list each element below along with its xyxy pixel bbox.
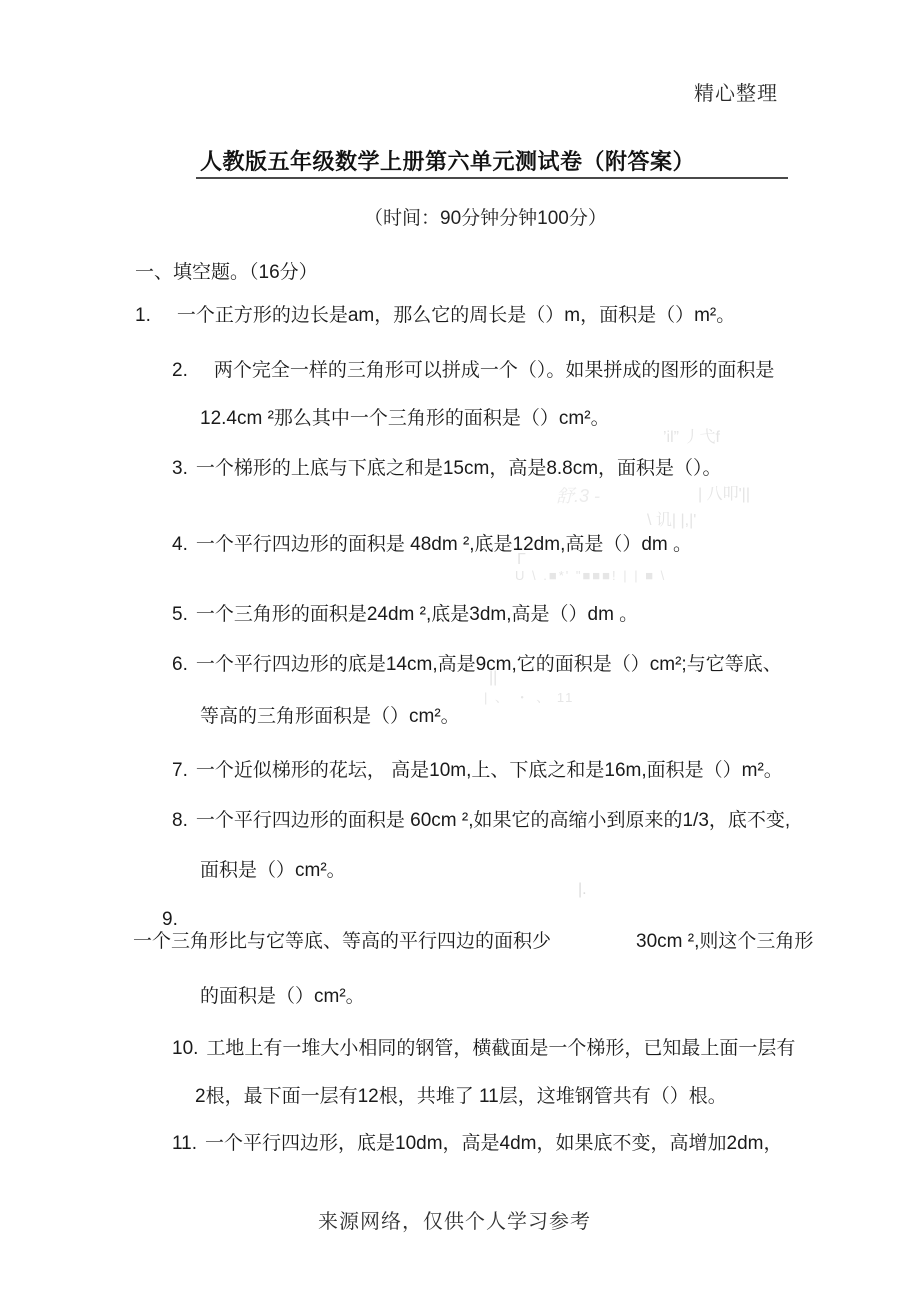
question-6-number: 6. [172,653,188,677]
question-3: 3.一个梯形的上底与下底之和是15cm，高是8.8cm，面积是（）。 [172,457,722,481]
question-9-line-2: 的面积是（）cm²。 [200,985,365,1009]
question-9-text-1a: 一个三角形比与它等底、等高的平行四边的面积少 [133,931,551,952]
question-10-line-2: 2根，最下面一层有12根，共堆了 11层，这堆钢管共有（）根。 [195,1085,727,1109]
question-8-text-1: 一个平行四边形的面积是 60cm ²,如果它的高缩小到原来的1/3，底不变, [196,810,790,831]
question-2-line-1: 2.两个完全一样的三角形可以拼成一个（）。如果拼成的图形的面积是 [172,359,774,383]
scan-artifact-3: | 八叩'|| [698,481,750,504]
question-5: 5.一个三角形的面积是24dm ²,底是3dm,高是（）dm 。 [172,603,638,627]
question-9-text-1b: 30cm ²,则这个三角形 [636,931,813,952]
title-underline [196,177,788,179]
document-page: 精心整理 人教版五年级数学上册第六单元测试卷（附答案） （时间：90分钟分钟10… [0,0,920,1303]
page-title: 人教版五年级数学上册第六单元测试卷（附答案） [200,145,695,176]
question-6-line-1: 6.一个平行四边形的底是14cm,高是9cm,它的面积是（）cm²;与它等底、 [172,653,782,677]
question-11-number: 11. [172,1132,197,1156]
question-6-text-2: 等高的三角形面积是（）cm²。 [200,706,460,727]
scan-artifact-1: ’il” 丿弋f [663,424,720,447]
question-2-line-2: 12.4cm ²那么其中一个三角形的面积是（）cm²。 [200,407,610,431]
question-9-text-2: 的面积是（）cm²。 [200,986,365,1007]
scan-artifact-8: | 、 ・ 、 11 [484,687,574,706]
scan-artifact-6: U \ .■*' "■■■! | | ■ \ [515,568,666,583]
question-1: 1.一个正方形的边长是am，那么它的周长是（）m，面积是（）m²。 [135,304,735,328]
question-11: 11.一个平行四边形，底是10dm，高是4dm，如果底不变，高增加2dm， [172,1132,782,1156]
question-9-number: 9. [162,909,178,930]
question-4: 4.一个平行四边形的面积是 48dm ²,底是12dm,高是（）dm 。 [172,533,692,557]
question-8-number: 8. [172,809,188,833]
question-2-text-1: 两个完全一样的三角形可以拼成一个（）。如果拼成的图形的面积是 [214,360,775,381]
question-8-text-2: 面积是（）cm²。 [200,860,346,881]
question-7-text: 一个近似梯形的花坛， 高是10m,上、下底之和是16m,面积是（）m²。 [196,760,783,781]
scan-artifact-4: \ 讥| |,|' [647,507,696,530]
footer-source-note: 来源网络，仅供个人学习参考 [318,1205,591,1234]
corner-note: 精心整理 [694,77,778,106]
question-8-line-1: 8.一个平行四边形的面积是 60cm ²,如果它的高缩小到原来的1/3，底不变, [172,809,790,833]
question-1-number: 1. [135,304,151,328]
question-7-number: 7. [172,759,188,783]
scan-artifact-7: || [489,669,497,687]
question-9-number-line: 9. [162,908,178,932]
question-10-number: 10. [172,1037,198,1061]
question-5-number: 5. [172,603,188,627]
question-2-number: 2. [172,359,188,383]
question-4-number: 4. [172,533,188,557]
question-10-text-1: 工地上有一堆大小相同的钢管，横截面是一个梯形，已知最上面一层有 [206,1038,795,1059]
question-10-line-1: 10.工地上有一堆大小相同的钢管，横截面是一个梯形，已知最上面一层有 [172,1037,795,1061]
question-2-text-2: 12.4cm ²那么其中一个三角形的面积是（）cm²。 [200,408,610,429]
question-10-text-2: 2根，最下面一层有12根，共堆了 11层，这堆钢管共有（）根。 [195,1086,727,1107]
question-6-line-2: 等高的三角形面积是（）cm²。 [200,705,460,729]
question-7: 7.一个近似梯形的花坛， 高是10m,上、下底之和是16m,面积是（）m²。 [172,759,783,783]
question-3-number: 3. [172,457,188,481]
question-5-text: 一个三角形的面积是24dm ²,底是3dm,高是（）dm 。 [196,604,638,625]
question-3-text: 一个梯形的上底与下底之和是15cm，高是8.8cm，面积是（）。 [196,458,722,479]
question-1-text: 一个正方形的边长是am，那么它的周长是（）m，面积是（）m²。 [177,305,735,326]
section-heading-fill-in-blanks: 一、填空题。（16分） [135,257,318,284]
question-4-text: 一个平行四边形的面积是 48dm ²,底是12dm,高是（）dm 。 [196,534,692,555]
scan-artifact-2: 舒.3 - [556,482,600,508]
scan-artifact-9: |. [578,881,587,899]
question-8-line-2: 面积是（）cm²。 [200,859,346,883]
exam-time-score-note: （时间：90分钟分钟100分） [364,203,607,230]
question-11-text: 一个平行四边形，底是10dm，高是4dm，如果底不变，高增加2dm， [205,1133,782,1154]
question-9-line-1: 一个三角形比与它等底、等高的平行四边的面积少30cm ²,则这个三角形 [133,930,813,954]
scan-artifact-5: Г [517,551,526,569]
